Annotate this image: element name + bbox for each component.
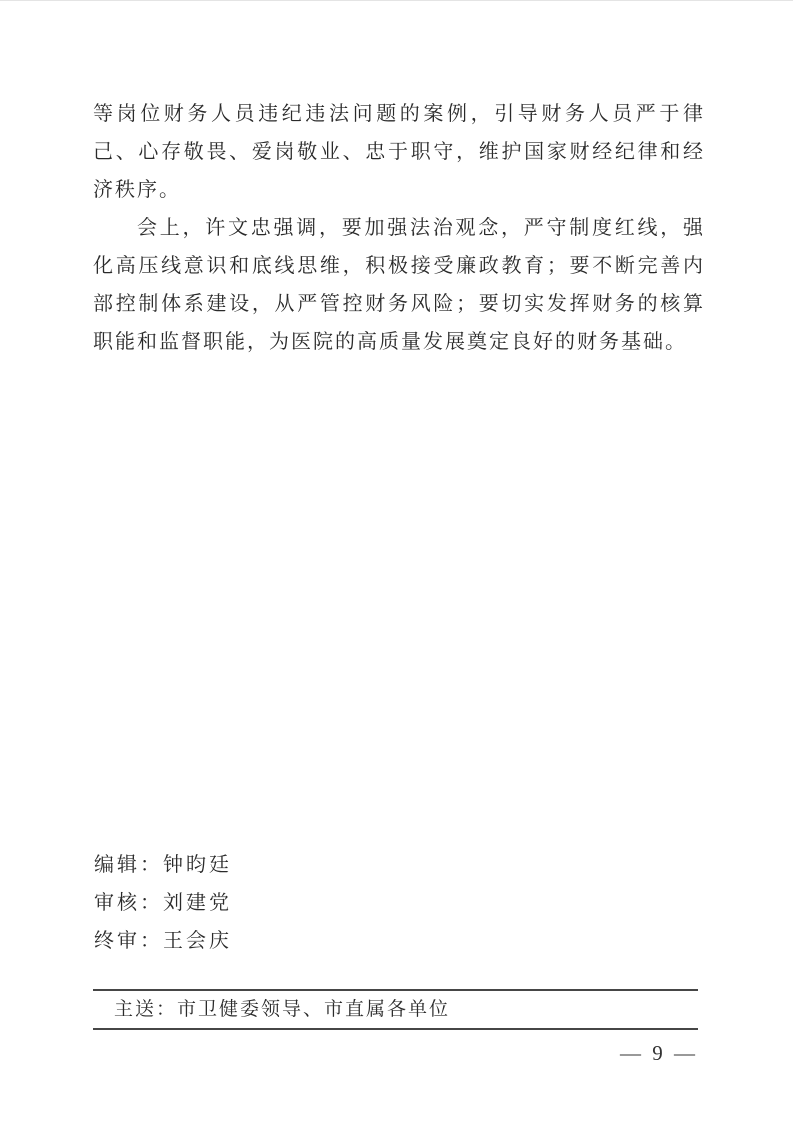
distribution-text: 主送：市卫健委领导、市直属各单位 bbox=[93, 991, 698, 1028]
body-text-block: 等岗位财务人员违纪违法问题的案例，引导财务人员严于律己、心存敬畏、爱岗敬业、忠于… bbox=[93, 95, 705, 361]
page-number: — 9 — bbox=[620, 1041, 698, 1066]
body-paragraph: 会上，许文忠强调，要加强法治观念，严守制度红线，强化高压线意识和底线思维，积极接… bbox=[93, 209, 705, 361]
distribution-box: 主送：市卫健委领导、市直属各单位 bbox=[93, 989, 698, 1030]
credit-line-final-reviewer: 终审：王会庆 bbox=[94, 922, 232, 960]
credit-line-editor: 编辑：钟昀廷 bbox=[94, 846, 232, 884]
credits-block: 编辑：钟昀廷 审核：刘建党 终审：王会庆 bbox=[94, 846, 232, 960]
document-page: 等岗位财务人员违纪违法问题的案例，引导财务人员严于律己、心存敬畏、爱岗敬业、忠于… bbox=[0, 0, 793, 1122]
body-paragraph-continuation: 等岗位财务人员违纪违法问题的案例，引导财务人员严于律己、心存敬畏、爱岗敬业、忠于… bbox=[93, 95, 705, 209]
credit-line-reviewer: 审核：刘建党 bbox=[94, 884, 232, 922]
